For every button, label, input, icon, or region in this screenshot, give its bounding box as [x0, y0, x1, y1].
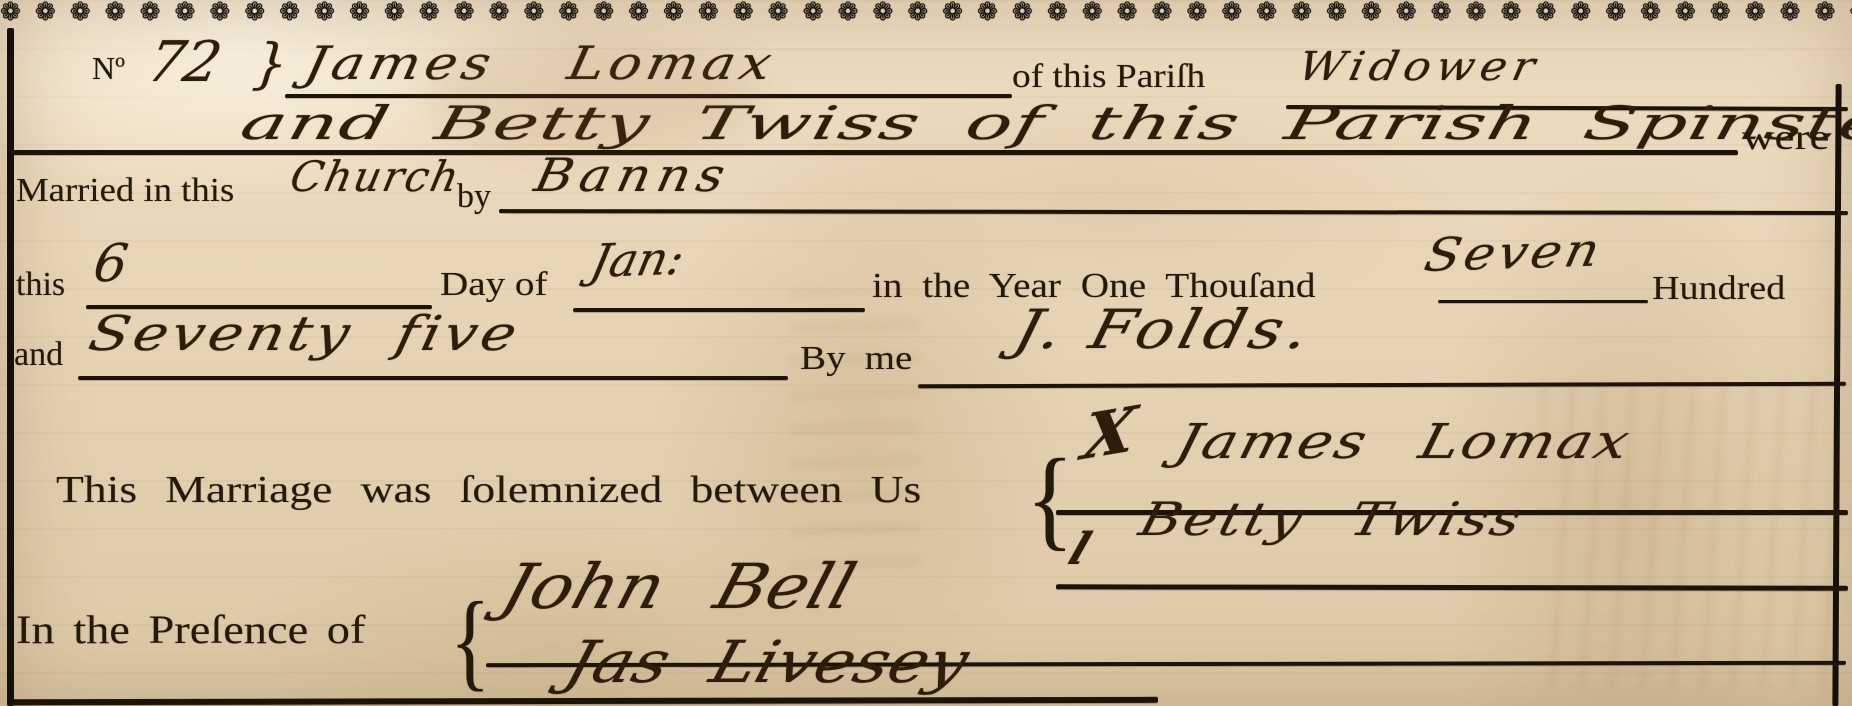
hundred-label: Hundred	[1652, 270, 1785, 308]
bride-line-rule	[10, 150, 1738, 155]
marriage-register-page: ❁ ❁ ❁ ❁ ❁ ❁ ❁ ❁ ❁ ❁ ❁ ❁ ❁ ❁ ❁ ❁ ❁ ❁ ❁ ❁ …	[0, 0, 1852, 706]
bride-signature: Betty Twiss	[1134, 492, 1529, 546]
by-label: by	[457, 178, 491, 216]
officiant-signature: J. Folds.	[1008, 298, 1321, 361]
bride-signature-rule	[1056, 584, 1848, 590]
entry-number-label: Nº	[92, 50, 125, 87]
witness2-rule	[12, 697, 1158, 705]
us-brace: {	[1026, 434, 1074, 563]
of-this-parish-label: of this Pariſh	[1012, 58, 1205, 96]
married-in-this-label: Married in this	[16, 172, 234, 210]
and-label: and	[14, 336, 63, 374]
were-label: were	[1742, 116, 1829, 158]
century-value: Seven	[1420, 223, 1608, 282]
right-border-rule	[1832, 84, 1841, 706]
month-value: Jan:	[586, 231, 689, 288]
decade-rule	[78, 376, 788, 380]
married-place: Church	[286, 152, 465, 201]
entry-number: 72	[142, 30, 227, 95]
day-of-label: Day of	[440, 266, 547, 304]
decade-value: Seventy five	[84, 306, 525, 362]
groom-signature: James Lomax	[1170, 414, 1637, 470]
solemnized-label: This Marriage was ſolemnized between Us	[56, 468, 921, 512]
officiant-rule	[918, 382, 1846, 388]
month-rule	[573, 308, 865, 312]
entry-open-brace: }	[250, 32, 291, 95]
method-rule	[499, 209, 1848, 215]
married-method: Banns	[530, 148, 736, 202]
groom-signature-mark: X	[1078, 393, 1141, 475]
century-rule	[1438, 300, 1648, 303]
day-value: 6	[90, 234, 132, 294]
left-border-rule	[7, 28, 14, 706]
bleed-through-stain-center	[790, 290, 920, 580]
by-me-label: By me	[800, 340, 912, 378]
presence-label: In the Preſence of	[16, 606, 365, 653]
witness1-signature: John Bell	[494, 550, 864, 623]
witness2-signature: Jas Livesey	[558, 628, 977, 696]
ornament-border: ❁ ❁ ❁ ❁ ❁ ❁ ❁ ❁ ❁ ❁ ❁ ❁ ❁ ❁ ❁ ❁ ❁ ❁ ❁ ❁ …	[0, 0, 1852, 29]
groom-name: James Lomax	[300, 36, 781, 90]
presence-brace: {	[450, 578, 490, 704]
groom-condition: Widower	[1294, 44, 1544, 90]
this-label: this	[16, 266, 65, 304]
bride-line: and Betty Twiss of this Parish Spinster	[236, 96, 1852, 150]
